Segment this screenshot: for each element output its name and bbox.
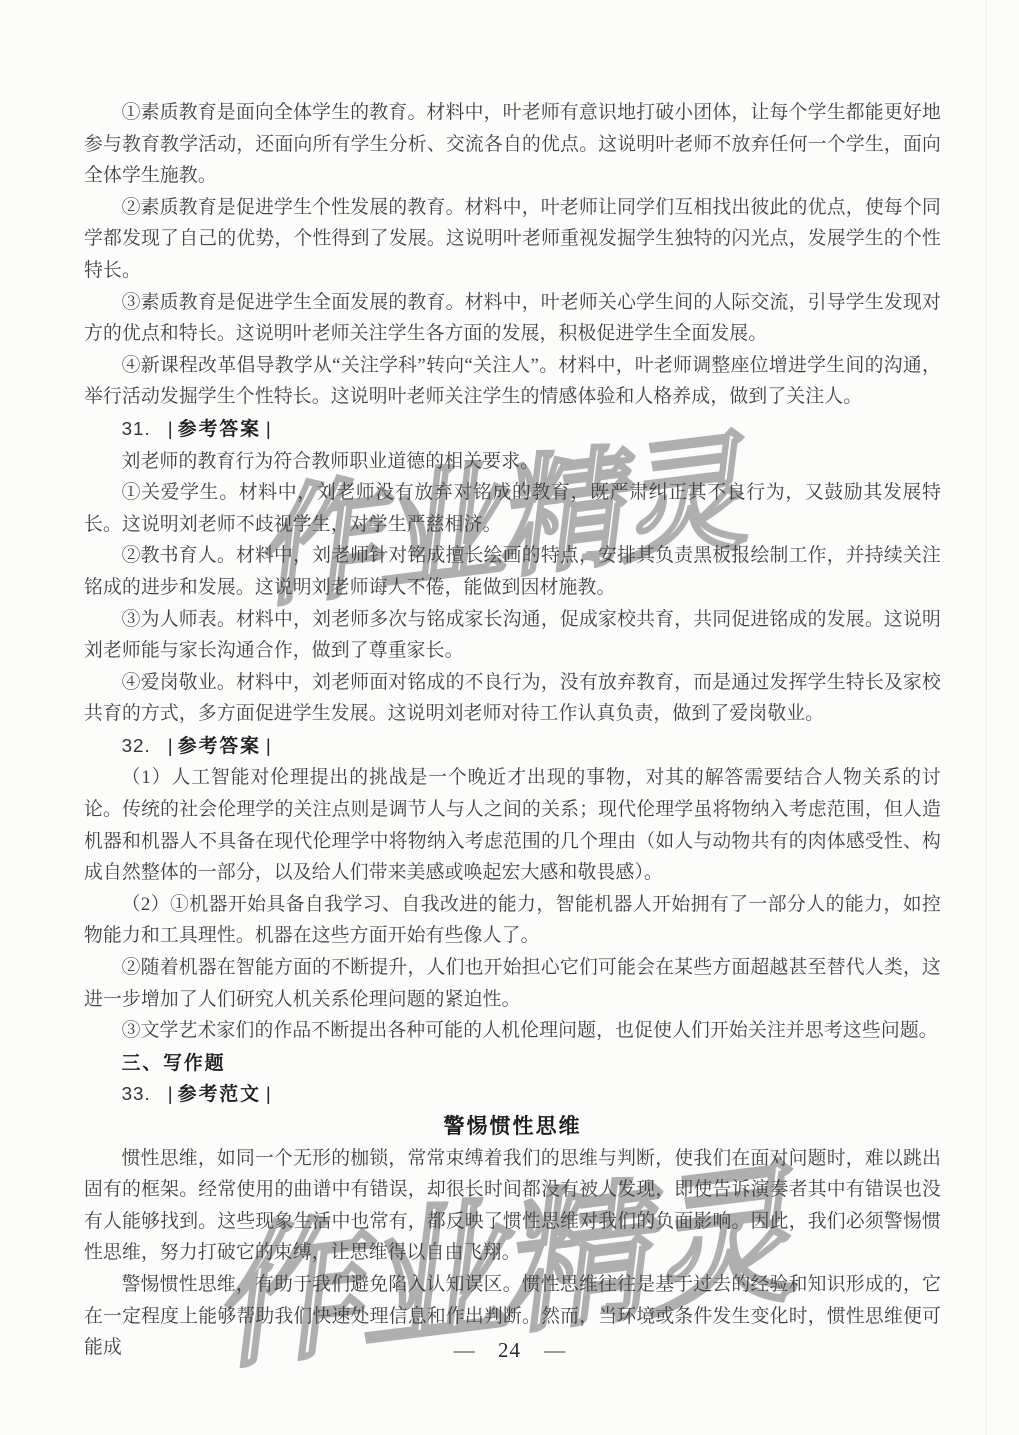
paragraph: ③素质教育是促进学生全面发展的教育。材料中，叶老师关心学生间的人际交流，引导学生… [84,287,941,350]
page-number: 24 [498,1338,521,1362]
paragraph: ④爱岗敬业。材料中，刘老师面对铭成的不良行为，没有放弃教育，而是通过发挥学生特长… [84,667,941,730]
label-bar-left: | [163,1083,178,1104]
label-bar-left: | [163,735,178,756]
label-bar-right: | [261,418,276,439]
paragraph: ②教书育人。材料中，刘老师针对铭成擅长绘画的特点，安排其负责黑板报绘制工作，并持… [84,540,941,603]
paragraph: 刘老师的教育行为符合教师职业道德的相关要求。 [84,446,941,478]
answer-heading: 33.|参考范文| [84,1078,941,1111]
scanned-answer-page: { "watermark": { "text": "作业精灵", "stroke… [0,0,1019,1435]
footer-dash-left: — [454,1338,475,1362]
answer-heading: 31.|参考答案| [84,413,941,446]
label-bar-right: | [261,735,276,756]
paragraph: ②随着机器在智能方面的不断提升，人们也开始担心它们可能会在某些方面超越甚至替代人… [84,952,941,1015]
footer-dash-right: — [544,1338,565,1362]
essay-title: 警惕惯性思维 [84,1111,941,1143]
answer-label: 参考范文 [178,1083,261,1104]
question-number: 33. [122,1083,151,1104]
paragraph: ①关爱学生。材料中，刘老师没有放弃对铭成的教育，既严肃纠正其不良行为，又鼓励其发… [84,477,941,540]
label-bar-left: | [163,418,178,439]
answer-label: 参考答案 [178,735,261,756]
paragraph: ③文学艺术家们的作品不断提出各种可能的人机伦理问题，也促使人们开始关注并思考这些… [84,1015,941,1047]
paragraph: （2）①机器开始具备自我学习、自我改进的能力，智能机器人开始拥有了一部分人的能力… [84,889,941,952]
scan-artifact-line [985,0,987,1435]
answer-label: 参考答案 [178,418,261,439]
answer-heading: 32.|参考答案| [84,730,941,763]
question-number: 32. [122,735,151,756]
paragraph: ①素质教育是面向全体学生的教育。材料中，叶老师有意识地打破小团体，让每个学生都能… [84,97,941,192]
paragraph: ②素质教育是促进学生个性发展的教育。材料中，叶老师让同学们互相找出彼此的优点，使… [84,192,941,287]
paragraph: （1）人工智能对伦理提出的挑战是一个晚近才出现的事物，对其的解答需要结合人物关系… [84,762,941,888]
paragraph: ④新课程改革倡导教学从“关注学科”转向“关注人”。材料中，叶老师调整座位增进学生… [84,350,941,413]
document-body: ①素质教育是面向全体学生的教育。材料中，叶老师有意识地打破小团体，让每个学生都能… [84,97,941,1364]
label-bar-right: | [261,1083,276,1104]
question-number: 31. [122,418,151,439]
section-heading: 三、写作题 [84,1047,941,1079]
paragraph: ③为人师表。材料中，刘老师多次与铭成家长沟通，促成家校共育，共同促进铭成的发展。… [84,604,941,667]
paragraph: 惯性思维，如同一个无形的枷锁，常常束缚着我们的思维与判断，使我们在面对问题时，难… [84,1143,941,1269]
page-footer: — 24 — [0,1338,1019,1363]
